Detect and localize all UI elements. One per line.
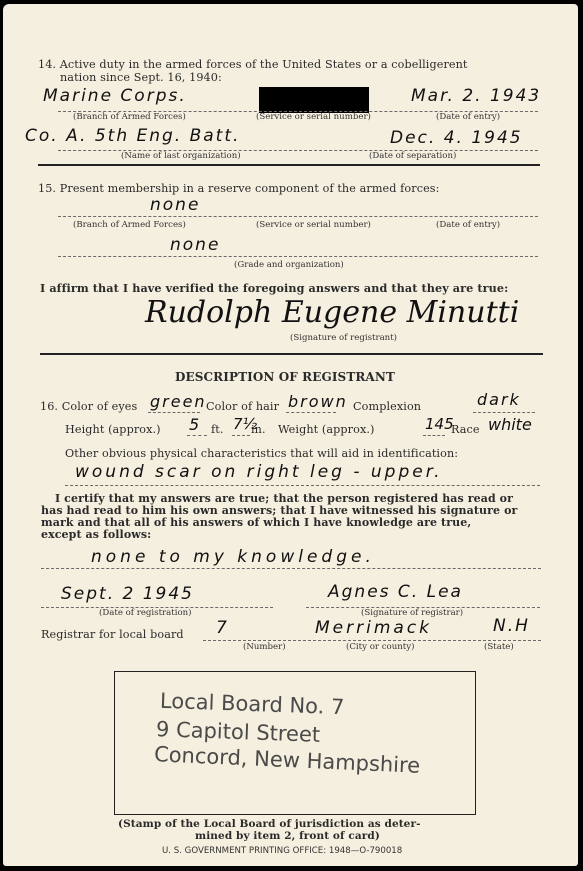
item14-service-caption: (Service or serial number) [256,112,371,122]
item14-entry-caption: (Date of entry) [436,112,500,122]
item14-last-org-caption: (Name of last organization) [121,151,241,161]
state-value: N.H [493,616,530,636]
board-number-value: 7 [216,618,229,638]
eyes-value: green [150,392,207,411]
redacted-service-number [259,87,369,113]
weight-label: Weight (approx.) [278,423,374,436]
item14-question-line2: nation since Sept. 16, 1940: [60,71,222,84]
item15-question: 15. Present membership in a reserve comp… [38,182,440,195]
eyes-line [148,412,200,413]
item15-grade-value: none [170,235,220,255]
weight-value: 145 [425,415,454,433]
registrant-signature: Rudolph Eugene Minutti [145,295,519,330]
item14-separation-caption: (Date of separation) [369,151,456,161]
item14-last-org-value: Co. A. 5th Eng. Batt. [25,126,240,146]
item15-branch-value: none [150,195,200,215]
complexion-line [473,412,535,413]
item14-branch-value: Marine Corps. [43,86,187,106]
board-line [203,640,541,641]
state-caption: (State) [484,642,514,652]
height-in-line [232,435,250,436]
section-divider-1 [38,164,540,166]
city-value: Merrimack [315,618,432,638]
registration-date-caption: (Date of registration) [99,608,192,618]
item14-separation-date-value: Dec. 4. 1945 [390,128,523,148]
signature-caption: (Signature of registrant) [290,333,397,343]
number-caption: (Number) [243,642,286,652]
other-characteristics-label: Other obvious physical characteristics t… [65,447,458,460]
stamp-caption-line2: mined by item 2, front of card) [195,830,380,842]
race-label: Race [451,423,480,436]
registrar-signature-caption: (Signature of registrar) [361,608,463,618]
city-caption: (City or county) [346,642,414,652]
hair-value: brown [288,392,348,411]
item14-question: 14. Active duty in the armed forces of t… [38,58,468,71]
registrar-signature: Agnes C. Lea [328,582,463,602]
section-divider-2 [40,353,543,355]
item14-branch-caption: (Branch of Armed Forces) [73,112,186,122]
height-label: Height (approx.) [65,423,161,436]
height-ft-line [187,435,207,436]
hair-label: Color of hair [206,400,279,413]
board-label: Registrar for local board [41,628,184,641]
race-value: white [488,415,532,434]
registration-date-value: Sept. 2 1945 [61,584,194,604]
height-ft-value: 5 [189,415,201,434]
hair-line [286,412,336,413]
eyes-label: 16. Color of eyes [40,400,137,413]
complexion-value: dark [477,390,521,409]
in-label: in. [251,423,266,436]
description-heading: DESCRIPTION OF REGISTRANT [175,370,395,384]
exceptions-value: none to my knowledge. [91,547,375,567]
item15-branch-caption: (Branch of Armed Forces) [73,220,186,230]
affirm-text: I affirm that I have verified the forego… [40,281,508,295]
ft-label: ft. [211,423,224,436]
printing-office-footer: U. S. GOVERNMENT PRINTING OFFICE: 1948—O… [162,846,402,856]
local-board-stamp-box: Local Board No. 7 9 Capitol Street Conco… [114,671,476,815]
certify-line4: except as follows: [41,528,151,541]
item15-service-caption: (Service or serial number) [256,220,371,230]
stamp-caption-line1: (Stamp of the Local Board of jurisdictio… [118,818,421,830]
weight-line [423,435,445,436]
registration-card-back: 14. Active duty in the armed forces of t… [3,4,578,866]
complexion-label: Complexion [353,400,421,413]
item15-entry-caption: (Date of entry) [436,220,500,230]
item14-entry-date-value: Mar. 2. 1943 [411,86,541,106]
stamp-line3: Concord, New Hampshire [154,742,421,778]
item15-grade-caption: (Grade and organization) [234,260,344,270]
exceptions-line [41,568,541,569]
item15-line2 [58,256,538,257]
stamp-line1: Local Board No. 7 [160,689,345,719]
other-characteristics-line [65,485,540,486]
other-characteristics-value: wound scar on right leg - upper. [75,462,443,482]
item15-line1 [58,216,538,217]
